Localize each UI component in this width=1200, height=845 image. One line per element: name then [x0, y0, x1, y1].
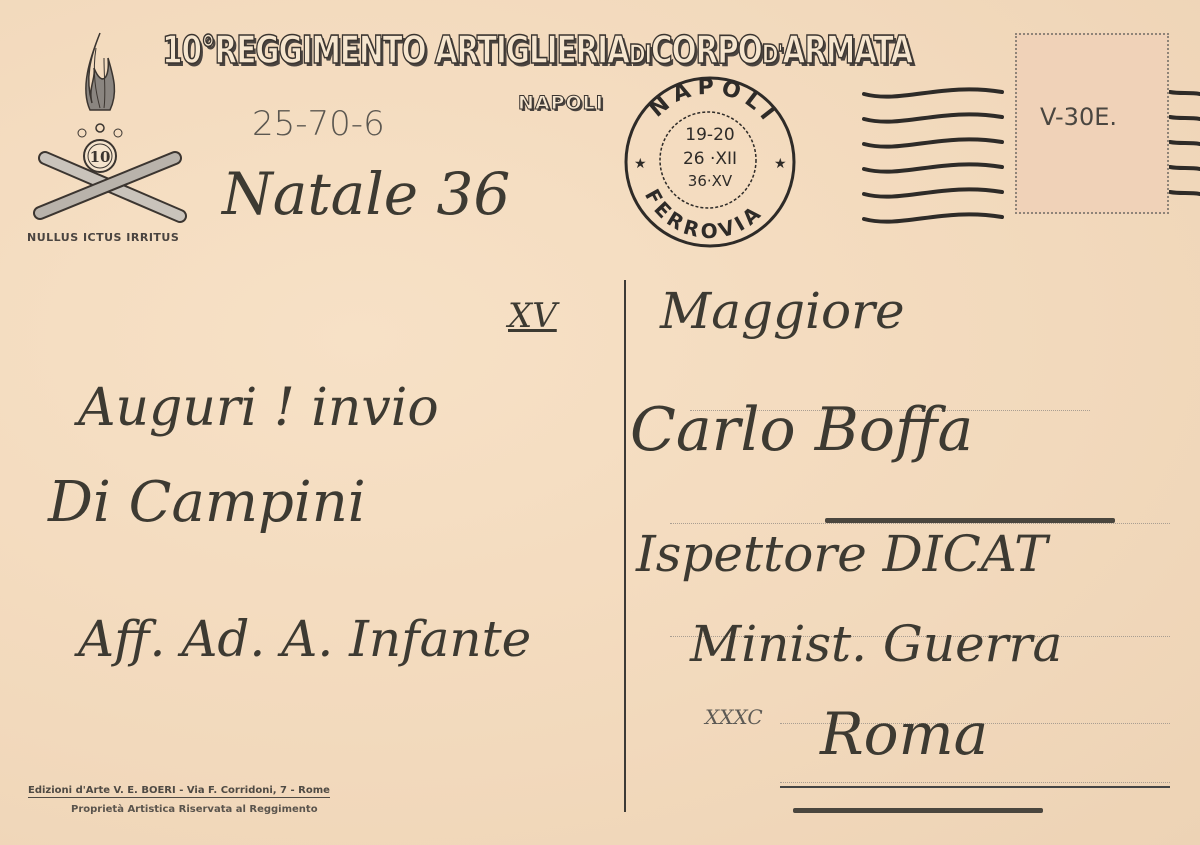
stamp-pencil-note: V-30E. — [1040, 103, 1117, 131]
message-line-5: Aff. Ad. A. Infante — [78, 610, 531, 668]
address-line-1: Maggiore — [660, 282, 905, 340]
svg-text:26 ·XII: 26 ·XII — [683, 149, 737, 169]
address-line-4: Minist. Guerra — [690, 615, 1062, 673]
svg-text:NAPOLI: NAPOLI — [645, 75, 783, 130]
postcard: 10 NULLUS ICTUS IRRITUS 10°REGGIMENTO AR… — [0, 0, 1200, 845]
pencil-address-note: XXXC — [705, 705, 763, 729]
pencil-date: 25-70-6 — [252, 104, 385, 144]
cancellation-lines-icon — [862, 82, 1007, 242]
svg-text:36·XV: 36·XV — [688, 172, 733, 190]
cancellation-lines-right-icon — [1168, 82, 1200, 222]
address-line-5: Roma — [820, 700, 988, 768]
address-dotted-line — [780, 782, 1170, 783]
address-divider — [624, 280, 626, 812]
address-line-2: Carlo Boffa — [630, 395, 973, 465]
address-solid-line — [780, 786, 1170, 788]
message-line-4: Di Campini — [48, 470, 366, 535]
rights-notice: Proprietà Artistica Riservata al Reggime… — [71, 804, 318, 815]
address-dotted-line — [670, 523, 1170, 524]
message-line-2: XV — [508, 296, 557, 336]
name-underline — [825, 518, 1115, 523]
message-line-1: Natale 36 — [222, 160, 510, 228]
svg-text:★: ★ — [634, 156, 647, 172]
publisher-credit: Edizioni d'Arte V. E. BOERI - Via F. Cor… — [28, 785, 330, 798]
postmark-icon: NAPOLI FERROVIA 19-20 26 ·XII 36·XV ★ ★ — [612, 64, 808, 260]
address-line-3: Ispettore DICAT — [636, 525, 1048, 583]
svg-text:★: ★ — [774, 156, 787, 172]
svg-text:FERROVIA: FERROVIA — [640, 185, 768, 243]
regiment-city: NAPOLI — [518, 92, 604, 114]
svg-text:19-20: 19-20 — [685, 125, 734, 145]
message-line-3: Auguri ! invio — [78, 378, 439, 438]
regiment-motto: NULLUS ICTUS IRRITUS — [27, 231, 179, 244]
city-underline — [793, 808, 1043, 813]
svg-text:10: 10 — [90, 148, 111, 166]
